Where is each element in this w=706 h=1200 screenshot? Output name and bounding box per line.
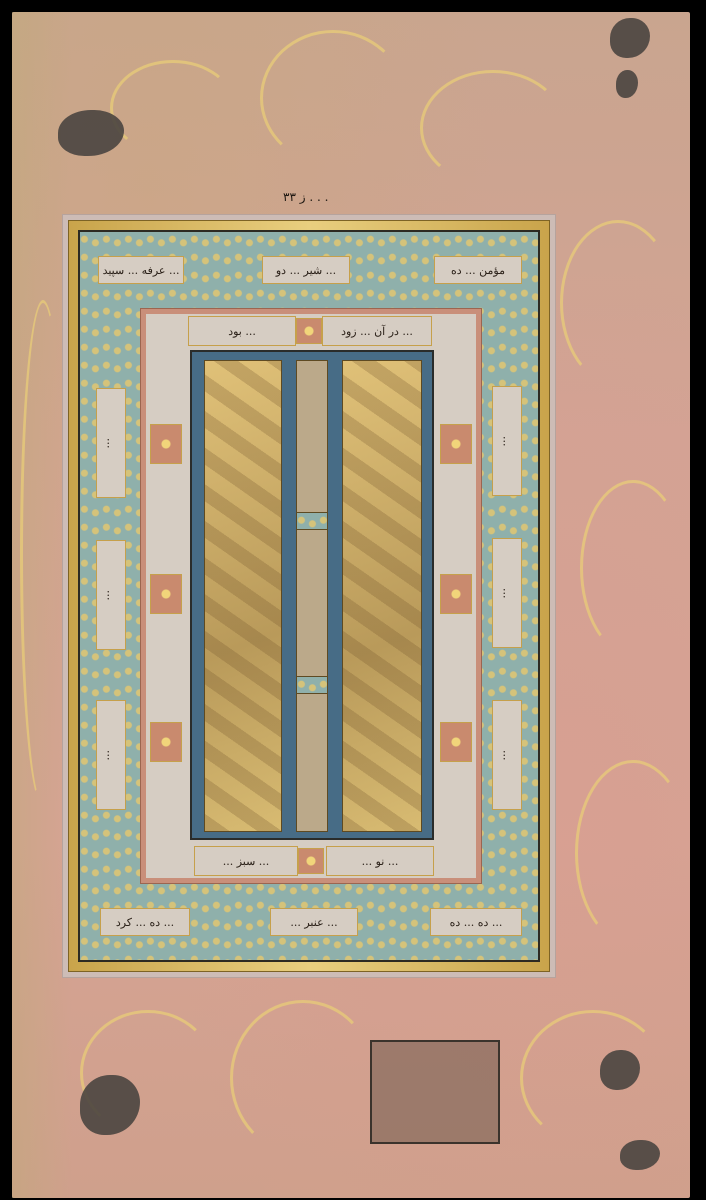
gold-scroll-ornament: [110, 60, 236, 156]
calligraphy-strip-center: [296, 360, 328, 832]
inner-cartouche-top: ... بود: [188, 316, 296, 346]
outer-cartouche-left: ...: [96, 388, 126, 498]
rosette-ornament: [440, 574, 472, 614]
outer-cartouche-top: مؤمن ... ده: [434, 256, 522, 284]
outer-cartouche-left: ...: [96, 700, 126, 810]
gold-scroll-ornament: [580, 480, 686, 656]
outer-cartouche-bottom: ... ده ... کرد: [100, 908, 190, 936]
gold-scroll-ornament: [20, 300, 66, 806]
outer-cartouche-right: ...: [492, 538, 522, 648]
strip-ornament: [296, 512, 328, 530]
rosette-ornament: [150, 722, 182, 762]
rosette-ornament: [440, 424, 472, 464]
rosette-ornament: [298, 848, 324, 874]
inner-cartouche-bottom: ... نو ...: [326, 846, 434, 876]
gold-scroll-ornament: [575, 760, 691, 946]
gold-scroll-ornament: [520, 1010, 666, 1146]
gold-scroll-ornament: [560, 220, 676, 386]
rosette-ornament: [150, 574, 182, 614]
outer-cartouche-top: ... شیر ... دو: [262, 256, 350, 284]
outer-cartouche-bottom: ... عنبر ...: [270, 908, 358, 936]
strip-ornament: [296, 676, 328, 694]
rosette-ornament: [440, 722, 472, 762]
rosette-ornament: [296, 318, 322, 344]
outer-cartouche-top: ... عرفه ... سپید: [98, 256, 184, 284]
gold-scroll-ornament: [260, 30, 406, 166]
calligraphy-panel-left: [204, 360, 282, 832]
outer-cartouche-bottom: ... ده ... ده: [430, 908, 522, 936]
outer-cartouche-right: ...: [492, 386, 522, 496]
rosette-ornament: [150, 424, 182, 464]
calligraphy-panel-right: [342, 360, 422, 832]
folio-annotation: ۳۳ ز . . .: [283, 190, 328, 204]
outer-cartouche-right: ...: [492, 700, 522, 810]
gold-scroll-ornament: [420, 70, 566, 186]
gold-scroll-ornament: [230, 1000, 376, 1156]
inner-cartouche-bottom: ... سبز ...: [194, 846, 298, 876]
seal-impression: [370, 1040, 500, 1144]
inner-cartouche-top: ... در آن ... زود: [322, 316, 432, 346]
outer-cartouche-left: ...: [96, 540, 126, 650]
